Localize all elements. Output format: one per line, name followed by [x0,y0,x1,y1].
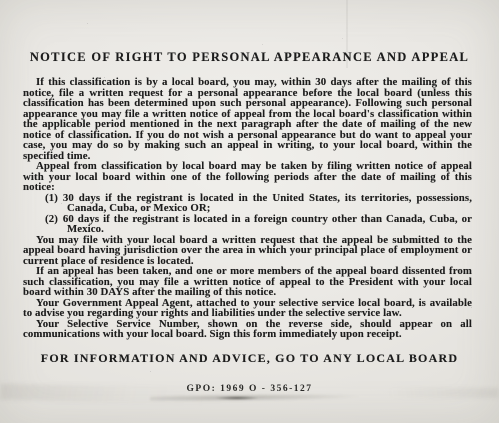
list-marker: (1) [45,192,63,204]
scanned-notice-page: NOTICE OF RIGHT TO PERSONAL APPEARANCE A… [0,0,499,423]
smudge-mark [216,396,258,400]
list-text: 60 days if the registrant is located in … [63,213,472,236]
gpo-imprint: GPO: 1969 O - 356-127 [0,384,499,394]
paragraph: If this classification is by a local boa… [23,77,472,161]
footer-advice-line: FOR INFORMATION AND ADVICE, GO TO ANY LO… [0,351,499,366]
paragraph: Your Selective Service Number, shown on … [23,319,472,340]
paragraph: If an appeal has been taken, and one or … [23,266,472,298]
smudge-mark [150,393,360,402]
list-item: (2)60 days if the registrant is located … [23,214,472,235]
list-marker: (2) [45,213,63,225]
list-item: (1)30 days if the registrant is located … [23,193,472,214]
paragraph: Appeal from classification by local boar… [23,161,472,193]
document-title: NOTICE OF RIGHT TO PERSONAL APPEARANCE A… [0,50,499,65]
document-body: If this classification is by a local boa… [23,77,472,340]
paper-speckle-texture [0,0,1,1]
paragraph: Your Government Appeal Agent, attached t… [23,298,472,319]
list-text: 30 days if the registrant is located in … [63,192,472,215]
paragraph: You may file with your local board a wri… [23,235,472,267]
